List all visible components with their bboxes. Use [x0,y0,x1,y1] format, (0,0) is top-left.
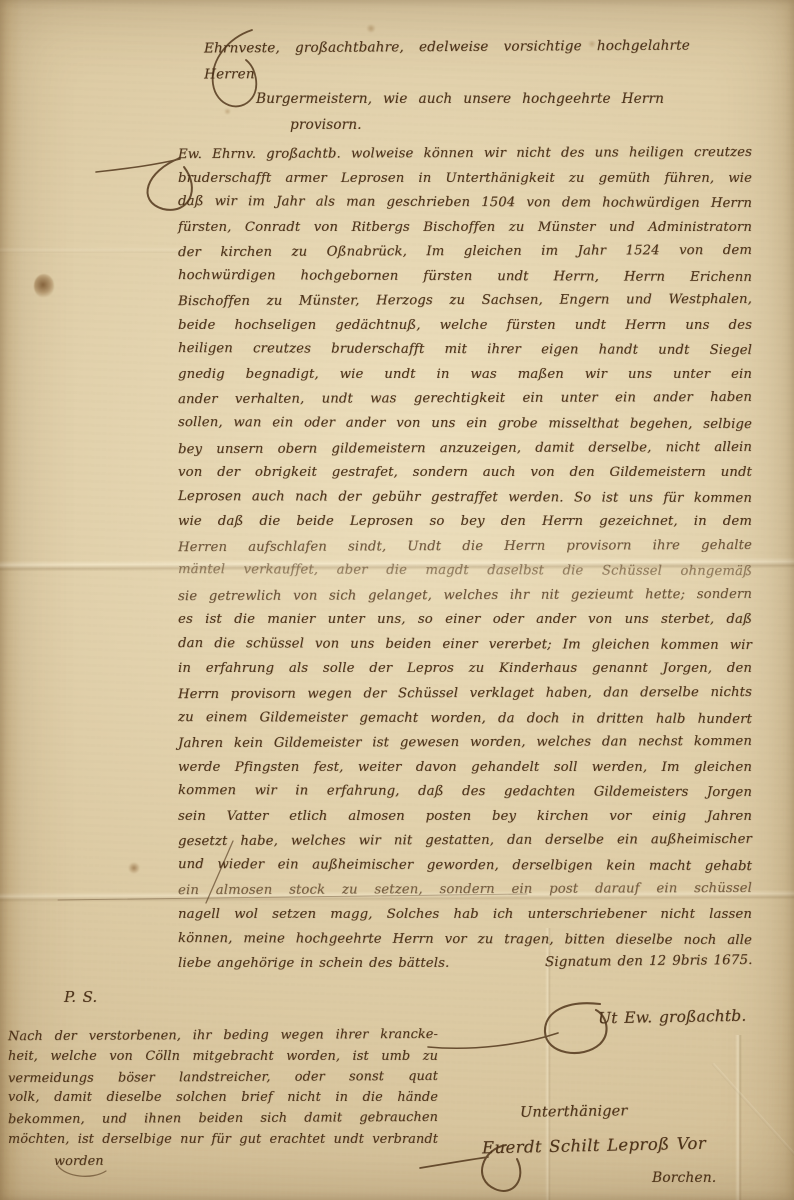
body-line: fürsten, Conradt von Ritbergs Bischoffen… [178,216,752,241]
body-line: daß wir im Jahr als man geschrieben 1504… [178,190,752,217]
letter-body: Ew. Ehrnv. großachtb. wolweise können wi… [178,142,752,977]
body-line: zu einem Gildemeister gemacht worden, da… [178,706,752,733]
body-line: kommen wir in erfahrung, daß des gedacht… [178,779,752,806]
body-line: sie getrewlich von sich gelanget, welche… [178,583,752,610]
salutation-line: Ehrnveste, großachtbahre, edelweise vors… [204,33,690,88]
body-line: heiligen creutzes bruderschafft mit ihre… [178,337,752,364]
postscript-line: volk, damit dieselbe solchen brief nicht… [8,1088,438,1109]
postscript-line: heit, welche von Cölln mitgebracht worde… [8,1047,438,1068]
body-initial-lead-stroke [96,159,180,172]
body-line: bey unsern obern gildemeistern anzuzeige… [178,435,752,462]
body-line: beide hochseligen gedächtnuß, welche für… [178,314,752,339]
postscript-marker: P. S. [64,988,97,1006]
postscript-line: möchten, ist derselbige nur für gut erac… [8,1130,438,1151]
body-line: gesetzt habe, welches wir nit gestatten,… [178,828,752,855]
postscript-line: Nach der verstorbenen, ihr beding wegen … [8,1025,438,1048]
body-line: Jahren kein Gildemeister ist gewesen wor… [178,730,752,757]
body-line: der kirchen zu Oßnabrück, Im gleichen im… [178,239,752,266]
body-line: wie daß die beide Leprosen so bey den He… [178,510,752,535]
body-line: Ew. Ehrnv. großachtb. wolweise können wi… [178,141,752,168]
salutation-line: Burgermeistern, wie auch unsere hochgeeh… [256,86,664,112]
foxing-spot [366,24,376,33]
body-line: mäntel verkauffet, aber die magdt daselb… [178,558,752,585]
body-line: ein almosen stock zu setzen, sondern ein… [178,877,752,904]
valediction: Unterthäniger [520,1103,628,1120]
vertical-fold-crease [735,1035,742,1200]
postscript-block: Nach der verstorbenen, ihr beding wegen … [8,1026,438,1172]
body-line: werde Pfingsten fest, weiter davon gehan… [178,756,752,781]
body-line: nagell wol setzen magg, Solches hab ich … [178,903,752,928]
date-note: Signatum den 12 9bris 1675. [545,953,753,970]
signature-place: Borchen. [652,1170,716,1186]
body-line: ander verhalten, undt was gerechtigkeit … [178,386,752,413]
diagonal-corner-crease [712,1063,794,1176]
body-line: können, meine hochgeehrte Herrn vor zu t… [178,926,752,953]
postscript-line: worden [54,1150,438,1173]
body-line: Bischoffen zu Münster, Herzogs zu Sachse… [178,288,752,315]
postscript-line: vermeidungs böser landstreicher, oder so… [8,1066,438,1089]
body-line: in erfahrung als solle der Lepros zu Kin… [178,657,752,682]
manuscript-page: Ehrnveste, großachtbahre, edelweise vors… [0,0,794,1200]
body-line: bruderschafft armer Leprosen in Unterthä… [178,167,752,192]
letter-salutation: Ehrnveste, großachtbahre, edelweise vors… [204,34,690,138]
body-line: und wieder ein außheimischer geworden, d… [178,853,752,880]
foxing-spot [128,862,140,874]
body-line: hochwürdigen hochgebornen fürsten undt H… [178,264,752,291]
body-line: sollen, wan ein oder ander von uns ein g… [178,411,752,438]
body-line: Herrn provisorn wegen der Schüssel verkl… [178,681,752,708]
signature-tail-stroke [428,1033,558,1048]
body-line: Herren aufschlafen sindt, Undt die Herrn… [178,534,752,561]
ink-stain [34,274,54,298]
postscript-line: bekommen, und ihnen beiden sich damit ge… [8,1108,438,1131]
body-line: von der obrigkeit gestrafet, sondern auc… [178,461,752,486]
body-line: dan die schüssel von uns beiden einer ve… [178,632,752,659]
body-line: sein Vatter etlich almosen posten bey ki… [178,805,752,830]
salutation-line: provisorn. [290,112,690,138]
body-line: gnedig begnadigt, wie undt in was maßen … [178,363,752,388]
faint-left-crease [0,247,190,253]
signature-name: Euerdt Schilt Leproß Vor [482,1134,706,1158]
body-line: Leprosen auch nach der gebühr gestraffet… [178,485,752,512]
signature-abbreviation: Ut Ew. großachtb. [598,1007,747,1028]
body-line: es ist die manier unter uns, so einer od… [178,608,752,633]
